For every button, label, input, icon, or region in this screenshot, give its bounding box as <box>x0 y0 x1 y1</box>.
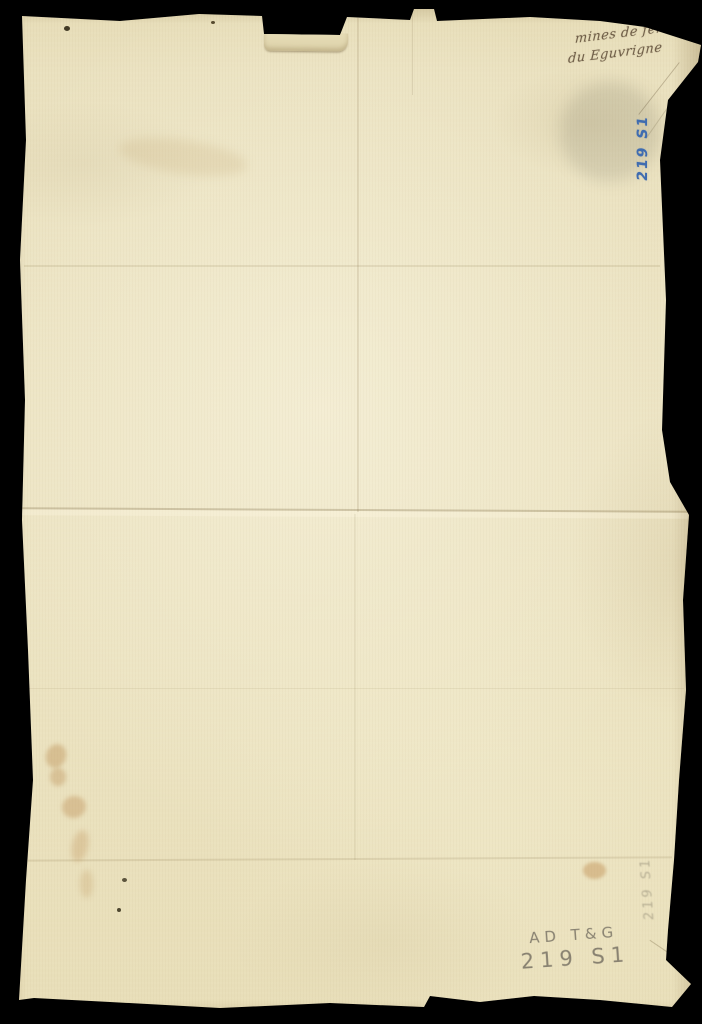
paper-sheet: mines de fer du Eguvrigne 219 S1 219 S1 … <box>0 0 702 1024</box>
stain-top-left <box>116 131 249 183</box>
ink-annotation: mines de fer du Eguvrigne <box>573 14 702 68</box>
ink-speck <box>64 26 70 31</box>
crease-diagonal-bottom-right <box>649 940 686 965</box>
fold-line-vertical-center <box>357 18 359 512</box>
fold-line-vertical-center-lower <box>354 514 356 860</box>
pencil-shelfmark: AD T&G 219 S1 <box>519 922 631 974</box>
rust-stain <box>42 741 69 770</box>
fold-line-horizontal-middle <box>22 507 688 512</box>
paper-texture <box>0 0 702 1024</box>
rust-spot-bottom-right <box>583 862 606 879</box>
ink-speck <box>122 878 127 882</box>
paper-mottling <box>0 0 702 1024</box>
archive-stamp-text: 219 S1 <box>635 114 651 182</box>
archive-stamp-blue: 219 S1 <box>612 112 674 184</box>
rust-stain <box>80 870 93 898</box>
ink-speck <box>461 16 464 19</box>
pencil-shelfmark-vertical: 219 S1 <box>626 842 670 934</box>
paper-edge-shading <box>0 0 702 1024</box>
ink-speck <box>117 908 121 912</box>
rust-stain <box>50 768 66 786</box>
pencil-shelfmark-vertical-text: 219 S1 <box>638 856 658 920</box>
rust-stain <box>60 793 89 820</box>
fold-highlight-middle <box>22 509 688 518</box>
pencil-shelfmark-line2: 219 S1 <box>520 942 631 974</box>
scan-background: mines de fer du Eguvrigne 219 S1 219 S1 … <box>0 0 702 1024</box>
ink-speck <box>211 21 215 24</box>
crease-vertical-top <box>412 9 413 95</box>
fold-line-horizontal-upper <box>24 265 660 267</box>
fold-line-horizontal-lower <box>26 688 684 689</box>
rust-stain <box>69 829 91 864</box>
fold-line-horizontal-bottom <box>28 856 672 861</box>
crease-diagonal-top-right <box>638 62 679 115</box>
folded-corner-flap <box>264 33 348 52</box>
